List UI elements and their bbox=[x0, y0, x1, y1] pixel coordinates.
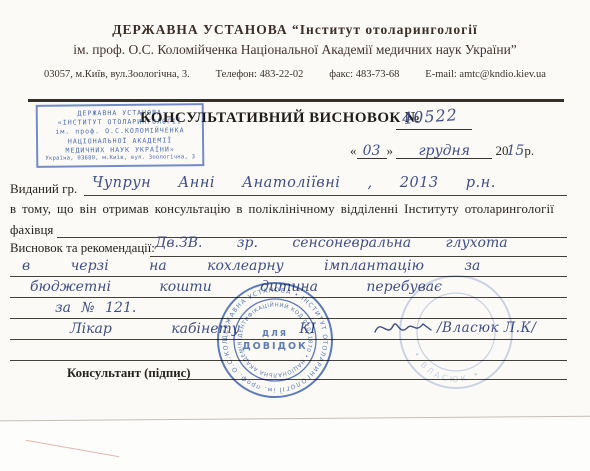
org-address: 03057, м.Київ, вул.Зоологічна, 3. bbox=[44, 69, 190, 80]
corner-stamp-line: Україна, 03680, м.Київ, вул. Зоологічна,… bbox=[39, 154, 201, 164]
statement-text: в тому, що він отримав консультацію в по… bbox=[10, 202, 588, 217]
specialist-label: фахівця bbox=[10, 222, 53, 238]
document-title: КОНСУЛЬТАТИВНИЙ ВИСНОВОК № bbox=[140, 110, 420, 127]
date-year-handwritten: 15 bbox=[507, 143, 525, 159]
date-line: «03» грудня 2015р. bbox=[350, 143, 534, 159]
header-divider bbox=[28, 99, 564, 102]
org-email: E-mail: amtc@kndio.kiev.ua bbox=[425, 69, 546, 80]
conclusion-handwritten-line4: за № 121. bbox=[55, 300, 136, 316]
round-stamp-center-line2: ДОВІДОК bbox=[242, 341, 308, 352]
document-number-handwritten: 40522 bbox=[401, 105, 458, 128]
org-phone: Телефон: 483-22-02 bbox=[216, 69, 304, 80]
round-stamp: ДЕРЖАВНА УСТАНОВА • ІНСТИТУТ ОТОЛАРИНГОЛ… bbox=[208, 278, 342, 404]
ruled-line bbox=[84, 195, 567, 196]
conclusion-label: Висновок та рекомендації: bbox=[10, 241, 155, 256]
personal-stamp: • ВЛАСЮК • bbox=[393, 270, 519, 396]
consultant-label: Консультант (підпис) bbox=[67, 366, 191, 381]
scan-bottom-margin bbox=[0, 420, 590, 471]
document-number-line bbox=[396, 129, 472, 130]
date-month-handwritten: грудня bbox=[396, 144, 492, 159]
contact-row: 03057, м.Київ, вул.Зоологічна, 3. Телефо… bbox=[44, 69, 546, 80]
date-close-quote: » bbox=[387, 143, 394, 158]
conclusion-handwritten-line1: Дв.ЗВ. зр. сенсоневральна глухота bbox=[155, 235, 508, 251]
personal-stamp-inner-circle bbox=[417, 293, 495, 371]
org-name-line2: ім. проф. О.С. Коломійченка Національної… bbox=[0, 42, 590, 58]
round-stamp-outer-circle bbox=[218, 283, 332, 397]
issued-to-label: Виданий гр. bbox=[10, 181, 77, 197]
ruled-line bbox=[150, 256, 567, 257]
date-year-suffix: р. bbox=[524, 143, 534, 158]
corner-stamp-line: ім. проф. О.С.КОЛОМІЙЧЕНКА bbox=[39, 127, 201, 138]
org-name-line1: ДЕРЖАВНА УСТАНОВА “Інститут отоларинголо… bbox=[0, 22, 590, 38]
patient-name-handwritten: Чупрун Анні Анатоліївні , 2013 р.н. bbox=[92, 175, 496, 191]
org-fax: факс: 483-73-68 bbox=[329, 69, 399, 80]
date-day-handwritten: 03 bbox=[357, 144, 387, 159]
scanned-consultation-document: ДЕРЖАВНА УСТАНОВА “Інститут отоларинголо… bbox=[0, 0, 590, 471]
round-stamp-center-line1: ДЛЯ bbox=[262, 329, 288, 338]
round-stamp-inner-circle bbox=[234, 299, 316, 381]
